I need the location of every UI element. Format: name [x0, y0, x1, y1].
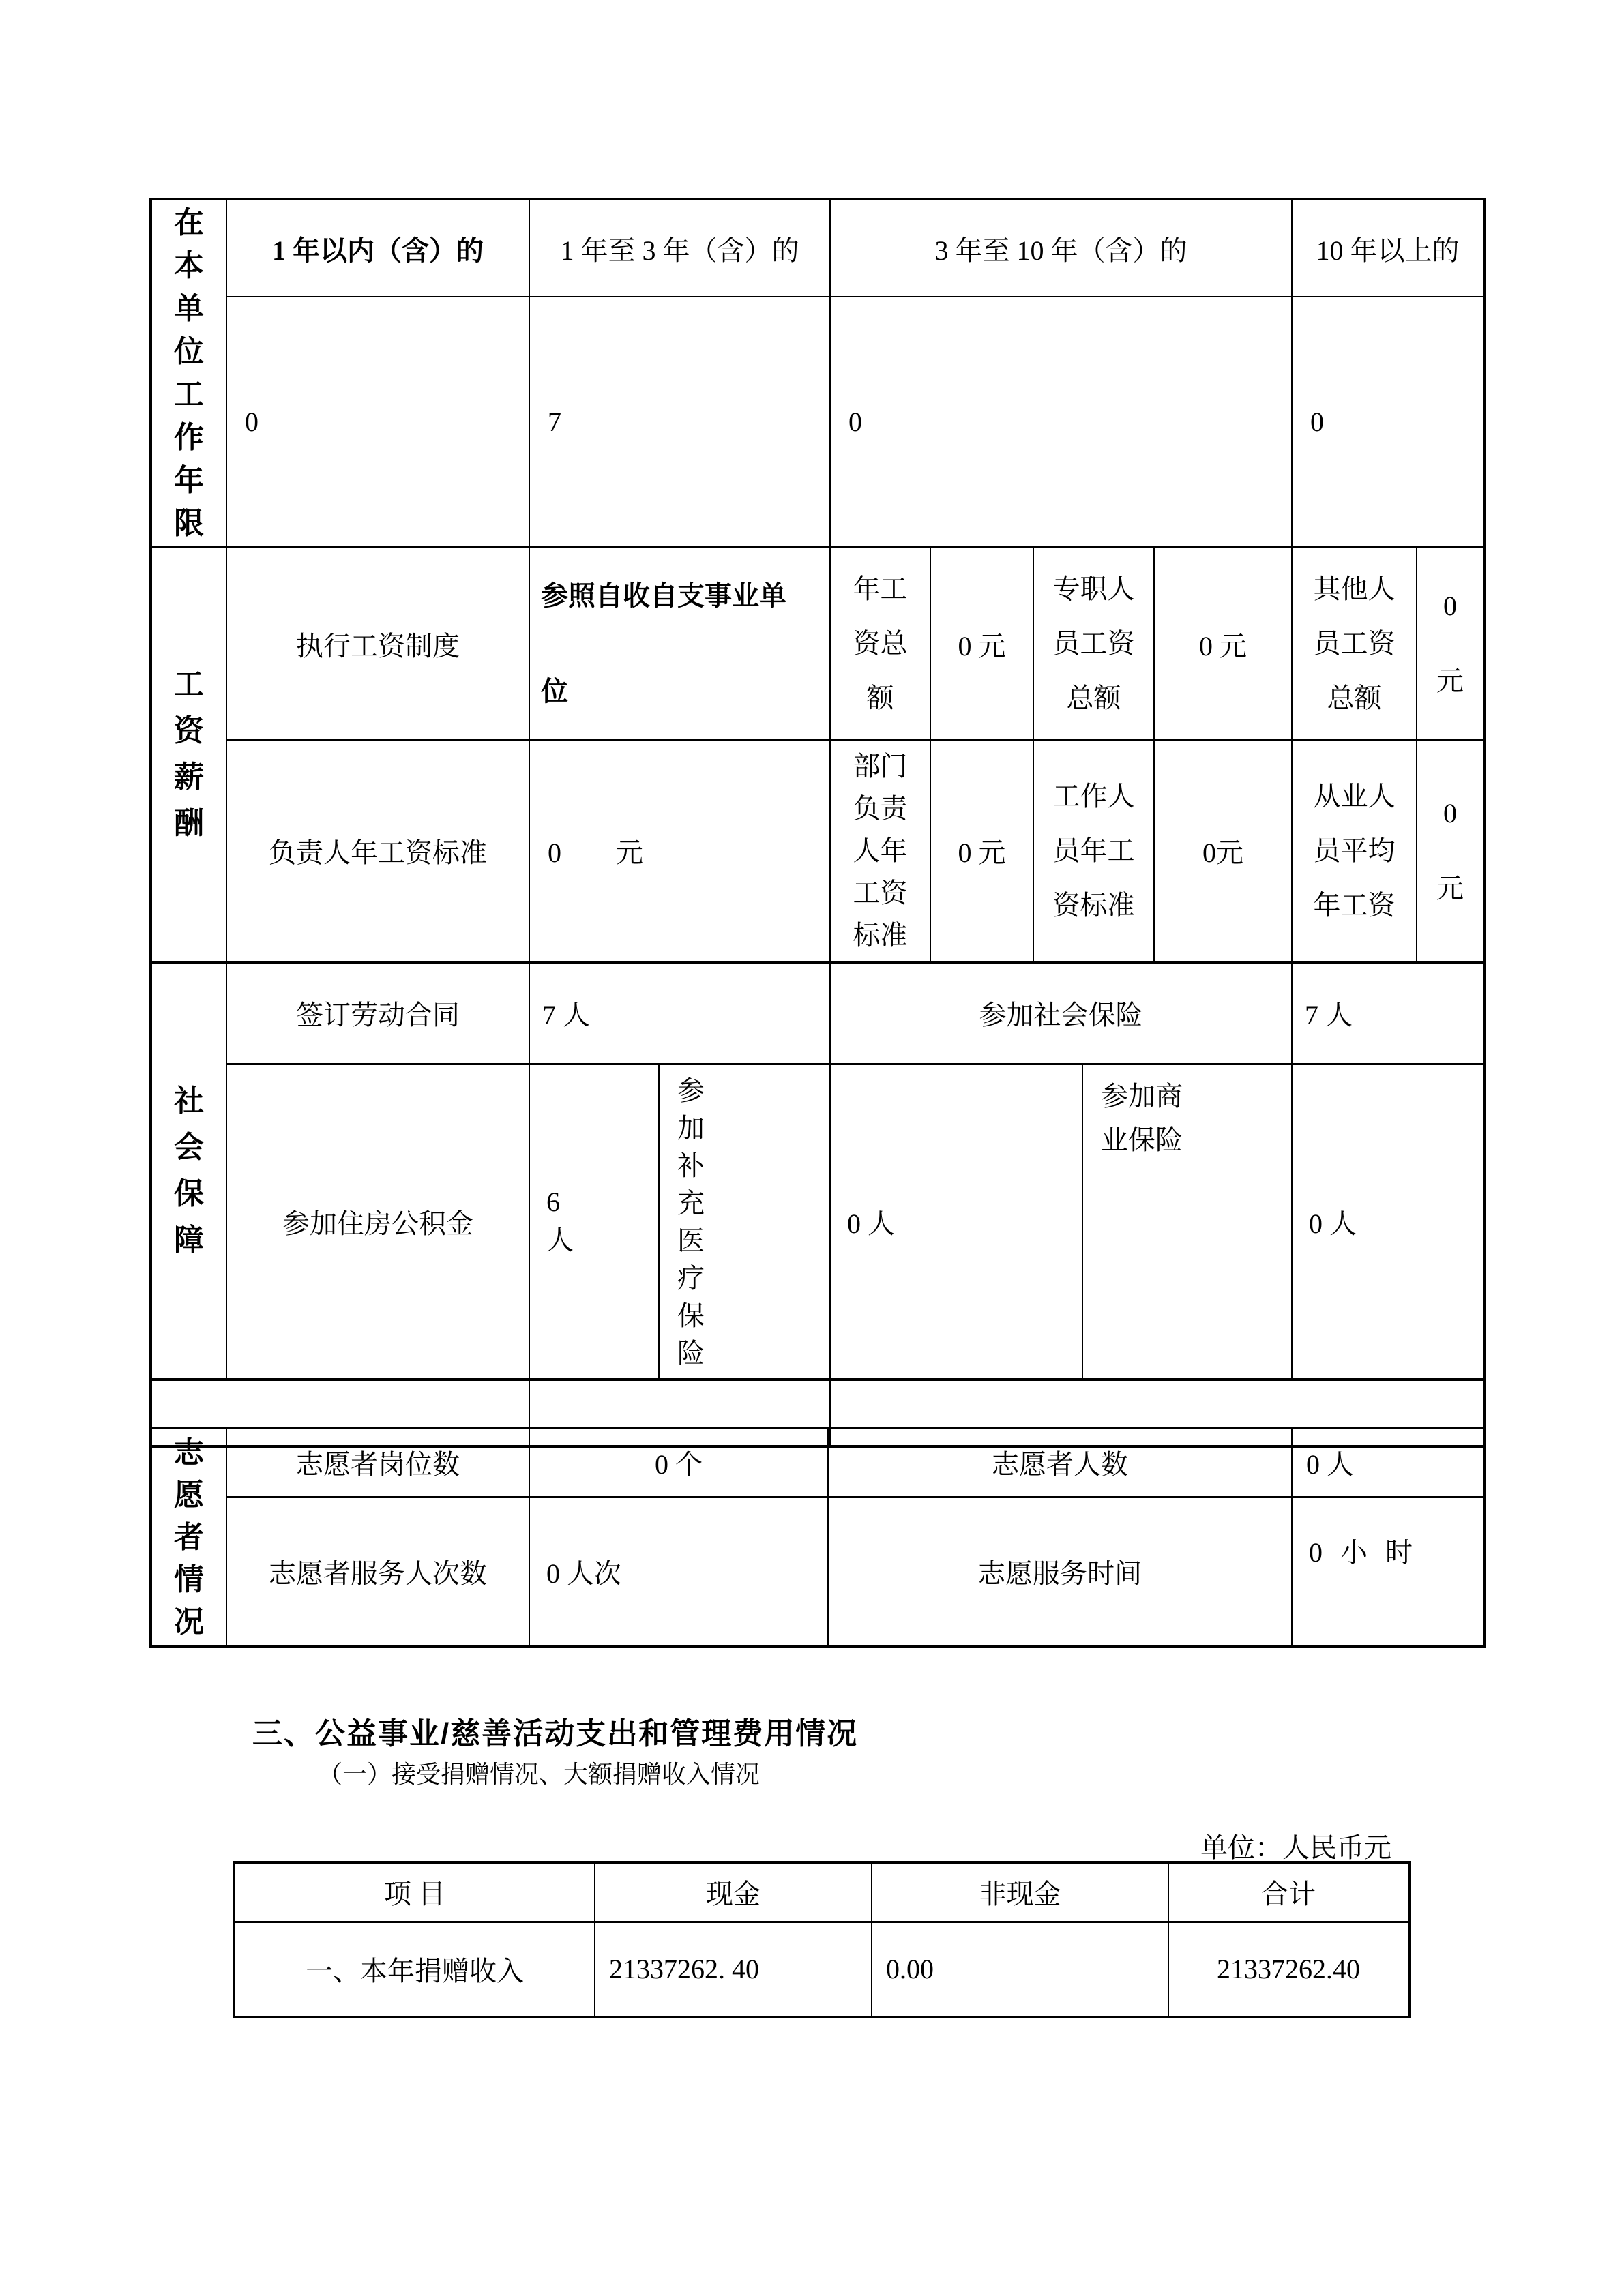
work-years-value-4: 0: [1292, 297, 1484, 547]
donation-header-row: 项 目 现金 非现金 合计: [234, 1862, 1409, 1922]
housing-fund-value-text: 6 人: [546, 1183, 578, 1259]
donation-header-cash: 现金: [595, 1862, 872, 1922]
volunteer-table: 志愿者情况 志愿者岗位数 0 个 志愿者人数 0 人 志愿者服务人次数 0 人次…: [149, 1427, 1486, 1648]
annual-wage-total-label: 年工资总额: [830, 547, 930, 741]
avg-wage-value: 0 元: [1417, 741, 1484, 962]
housing-fund-value: 6 人: [529, 1064, 659, 1380]
work-years-header-3: 3 年至 10 年（含）的: [830, 199, 1292, 297]
annual-wage-total-value: 0 元: [930, 547, 1033, 741]
donation-total-value: 21337262.40: [1168, 1922, 1409, 2017]
volunteer-services-label: 志愿者服务人次数: [226, 1497, 529, 1647]
labor-contract-label: 签订劳动合同: [226, 962, 529, 1064]
leader-wage-label: 负责人年工资标准: [226, 741, 529, 962]
volunteer-posts-value: 0 个: [529, 1428, 828, 1497]
supp-medical-value: 0 人: [830, 1064, 1082, 1380]
volunteer-count-value: 0 人: [1292, 1428, 1484, 1497]
volunteer-label-text: 志愿者情况: [173, 1432, 205, 1643]
donation-table: 项 目 现金 非现金 合计 一、本年捐赠收入 21337262. 40 0.00…: [233, 1861, 1411, 2018]
work-years-value-1: 0: [226, 297, 529, 547]
social-row-1: 社会保障 签订劳动合同 7 人 参加社会保险 7 人: [151, 962, 1484, 1064]
fulltime-wage-total-label: 专职人员工资总额: [1033, 547, 1154, 741]
staff-wage-standard-value: 0元: [1154, 741, 1292, 962]
supp-medical-label: 参加补充医疗保险: [659, 1064, 830, 1380]
supp-medical-label-text: 参加补充医疗保险: [677, 1072, 709, 1372]
currency-unit-note: 单位：人民币元: [1091, 1826, 1391, 1865]
work-years-value-row: 0 7 0 0: [151, 297, 1484, 547]
work-years-value-2: 7: [529, 297, 830, 547]
donation-cash-value: 21337262. 40: [595, 1922, 872, 2017]
salary-row-2: 负责人年工资标准 0 元 部门负责人年工资标准 0 元 工作人员年工资标准 0元…: [151, 741, 1484, 962]
commercial-insurance-label: 参加商业保险: [1082, 1064, 1292, 1380]
dept-leader-wage-label: 部门负责人年工资标准: [830, 741, 930, 962]
salary-row-1: 工资薪酬 执行工资制度 参照自收自支事业单位 年工资总额 0 元 专职人员工资总…: [151, 547, 1484, 741]
labor-contract-value: 7 人: [529, 962, 830, 1064]
staff-salary-social-table: 在本单位工作年限 1 年以内（含）的 1 年至 3 年（含）的 3 年至 10 …: [149, 198, 1486, 1448]
donation-header-noncash: 非现金: [872, 1862, 1168, 1922]
donation-header-total: 合计: [1168, 1862, 1409, 1922]
wage-system-value-text: 参照自收自支事业单位: [541, 548, 793, 739]
volunteer-posts-label: 志愿者岗位数: [226, 1428, 529, 1497]
volunteer-time-value: 0 小 时: [1292, 1497, 1484, 1647]
volunteer-row-1: 志愿者情况 志愿者岗位数 0 个 志愿者人数 0 人: [151, 1428, 1484, 1497]
donation-item-name: 一、本年捐赠收入: [234, 1922, 595, 2017]
staff-wage-standard-label: 工作人员年工资标准: [1033, 741, 1154, 962]
dept-leader-wage-value: 0 元: [930, 741, 1033, 962]
other-wage-total-label: 其他人员工资总额: [1292, 547, 1417, 741]
donation-noncash-value: 0.00: [872, 1922, 1168, 2017]
work-years-label-text: 在本单位工作年限: [173, 201, 205, 545]
volunteer-row-2: 志愿者服务人次数 0 人次 志愿服务时间 0 小 时: [151, 1497, 1484, 1647]
social-label-text: 社会保障: [173, 1078, 205, 1264]
volunteer-time-label: 志愿服务时间: [828, 1497, 1292, 1647]
social-section-label: 社会保障: [151, 962, 226, 1380]
work-years-section-label: 在本单位工作年限: [151, 199, 226, 547]
other-wage-total-value: 0 元: [1417, 547, 1484, 741]
volunteer-services-value: 0 人次: [529, 1497, 828, 1647]
work-years-value-3: 0: [830, 297, 1292, 547]
commercial-insurance-value: 0 人: [1292, 1064, 1484, 1380]
volunteer-count-label: 志愿者人数: [828, 1428, 1292, 1497]
social-row-2: 参加住房公积金 6 人 参加补充医疗保险 0 人 参加商业保险 0 人: [151, 1064, 1484, 1380]
social-insurance-value: 7 人: [1292, 962, 1484, 1064]
housing-fund-label: 参加住房公积金: [226, 1064, 529, 1380]
work-years-header-1: 1 年以内（含）的: [226, 199, 529, 297]
leader-wage-value: 0 元: [529, 741, 830, 962]
salary-label-text: 工资薪酬: [173, 661, 205, 847]
salary-section-label: 工资薪酬: [151, 547, 226, 962]
report-page: 在本单位工作年限 1 年以内（含）的 1 年至 3 年（含）的 3 年至 10 …: [0, 0, 1624, 2296]
donation-data-row: 一、本年捐赠收入 21337262. 40 0.00 21337262.40: [234, 1922, 1409, 2017]
wage-system-label: 执行工资制度: [226, 547, 529, 741]
fulltime-wage-total-value: 0 元: [1154, 547, 1292, 741]
avg-wage-label: 从业人员平均年工资: [1292, 741, 1417, 962]
section3-title: 三、公益事业/慈善活动支出和管理费用情况: [252, 1709, 858, 1753]
donation-header-item: 项 目: [234, 1862, 595, 1922]
section3-subtitle: （一）接受捐赠情况、大额捐赠收入情况: [318, 1755, 760, 1790]
social-insurance-label: 参加社会保险: [830, 962, 1292, 1064]
volunteer-section-label: 志愿者情况: [151, 1428, 226, 1647]
commercial-insurance-label-text: 参加商业保险: [1101, 1075, 1191, 1162]
work-years-header-4: 10 年以上的: [1292, 199, 1484, 297]
wage-system-value: 参照自收自支事业单位: [529, 547, 830, 741]
work-years-header-2: 1 年至 3 年（含）的: [529, 199, 830, 297]
work-years-header-row: 在本单位工作年限 1 年以内（含）的 1 年至 3 年（含）的 3 年至 10 …: [151, 199, 1484, 297]
